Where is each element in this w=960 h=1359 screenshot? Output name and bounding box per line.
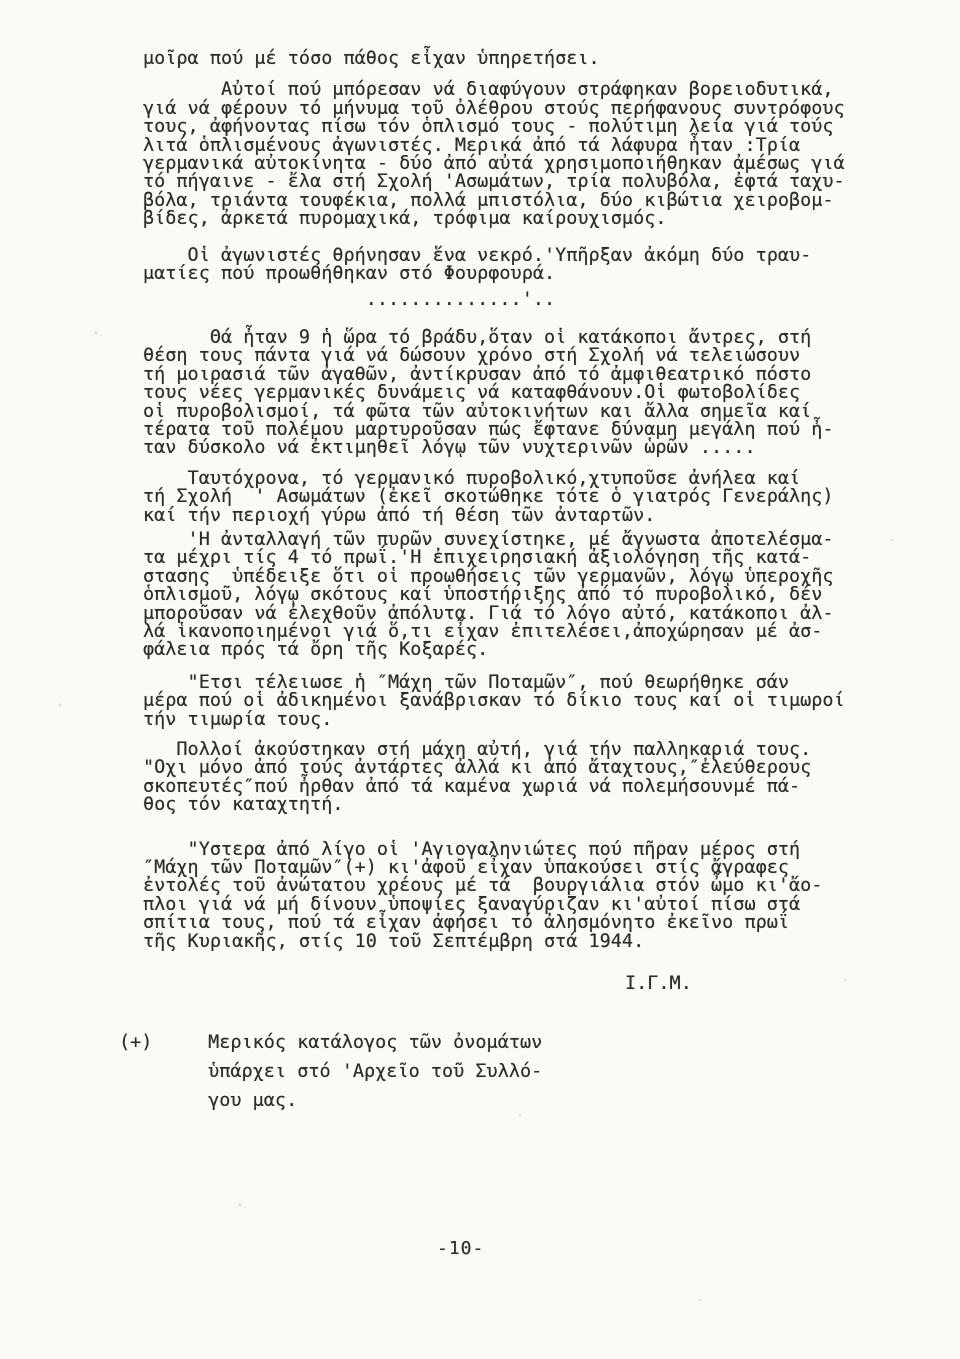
text-line: σπίτια τους, πού τά εἶχαν ἀφήσει τό ἀλησ… xyxy=(143,914,903,932)
paragraph: "Υστερα ἀπό λίγο οἱ 'Αγιογαληνιώτες πού … xyxy=(143,841,903,951)
paragraph: 'Η ἀνταλλαγή τῶν πυρῶν συνεχίστηκε, μέ ἄ… xyxy=(143,531,903,660)
footnote-line: γου μας. xyxy=(119,1086,542,1115)
text-line: τήν τιμωρία τους. xyxy=(143,711,903,729)
text-line: ὁπλισμοῦ, λόγῳ σκότους καί ὑποστήριξης ἀ… xyxy=(143,586,903,604)
text-line: φάλεια πρός τά ὄρη τῆς Κοξαρές. xyxy=(143,641,903,659)
footnote-line: ὑπάρχει στό 'Αρχεῖο τοῦ Συλλό- xyxy=(119,1057,542,1086)
paragraph: Ταυτόχρονα, τό γερμανικό πυροβολικό,χτυπ… xyxy=(143,470,903,525)
footnote-line: (+) Μερικός κατάλογος τῶν ὀνομάτων xyxy=(119,1028,542,1057)
text-line: τα μέχρι τίς 4 τό πρωΐ.'Η ἐπιχειρησιακή … xyxy=(143,549,903,567)
page-number: -10- xyxy=(437,1238,484,1259)
text-line: τή Σχολή ' Ασωμάτων (ἐκεῖ σκοτώθηκε τότε… xyxy=(143,488,903,506)
text-line: μέρα πού οἱ ἀδικημένοι ξανάβρισκαν τό δί… xyxy=(143,692,903,710)
paragraph: Αὐτοί πού μπόρεσαν νά διαφύγουν στράφηκα… xyxy=(143,81,903,228)
text-line: καί τήν περιοχή γύρω ἀπό τή θέση τῶν ἀντ… xyxy=(143,507,903,525)
paragraph: Πολλοί ἀκούστηκαν στή μάχη αὐτή, γιά τήν… xyxy=(143,741,903,815)
signature-initials: Ι.Γ.Μ. xyxy=(625,974,692,994)
text-line: τῆς Κυριακῆς, στίς 10 τοῦ Σεπτέμβρη στά … xyxy=(143,933,903,951)
paragraph: Θά ἦταν 9 ἡ ὥρα τό βράδυ,ὅταν οἱ κατάκοπ… xyxy=(143,329,903,458)
text-line: ματίες πού προωθήθηκαν στό Φουρφουρά. xyxy=(143,265,903,283)
text-line: μοῖρα πού μέ τόσο πάθος εἶχαν ὑπηρετήσει… xyxy=(143,50,903,68)
footnote: (+) Μερικός κατάλογος τῶν ὀνομάτων ὑπάρχ… xyxy=(119,1028,542,1115)
scanned-document-page: μοῖρα πού μέ τόσο πάθος εἶχαν ὑπηρετήσει… xyxy=(0,0,960,1359)
text-line: θέση τους πάντα γιά νά δώσουν χρόνο στή … xyxy=(143,347,903,365)
text-line: τους νέες γερμανικές δυνάμεις νά καταφθά… xyxy=(143,384,903,402)
dotted-separator: ..............'.. xyxy=(143,291,903,309)
paragraph: Οἱ ἀγωνιστές θρήνησαν ἕνα νεκρό.'Υπῆρξαν… xyxy=(143,247,903,284)
text-line: ταν δύσκολο νά ἐκτιμηθεῖ λόγῳ τῶν νυχτερ… xyxy=(143,439,903,457)
text-line: τους, ἀφήνοντας πίσω τόν ὁπλισμό τους - … xyxy=(143,118,903,136)
opening-line: μοῖρα πού μέ τόσο πάθος εἶχαν ὑπηρετήσει… xyxy=(143,50,903,68)
document-body: μοῖρα πού μέ τόσο πάθος εἶχαν ὑπηρετήσει… xyxy=(143,50,903,951)
text-line: θος τόν καταχτητή. xyxy=(143,796,903,814)
text-line: βίδες, ἀρκετά πυρομαχικά, τρόφιμα καίρου… xyxy=(143,210,903,228)
paragraph: "Ετσι τέλειωσε ἡ ″Μάχη τῶν Ποταμῶν″, πού… xyxy=(143,674,903,729)
text-line: ..............'.. xyxy=(143,291,903,309)
